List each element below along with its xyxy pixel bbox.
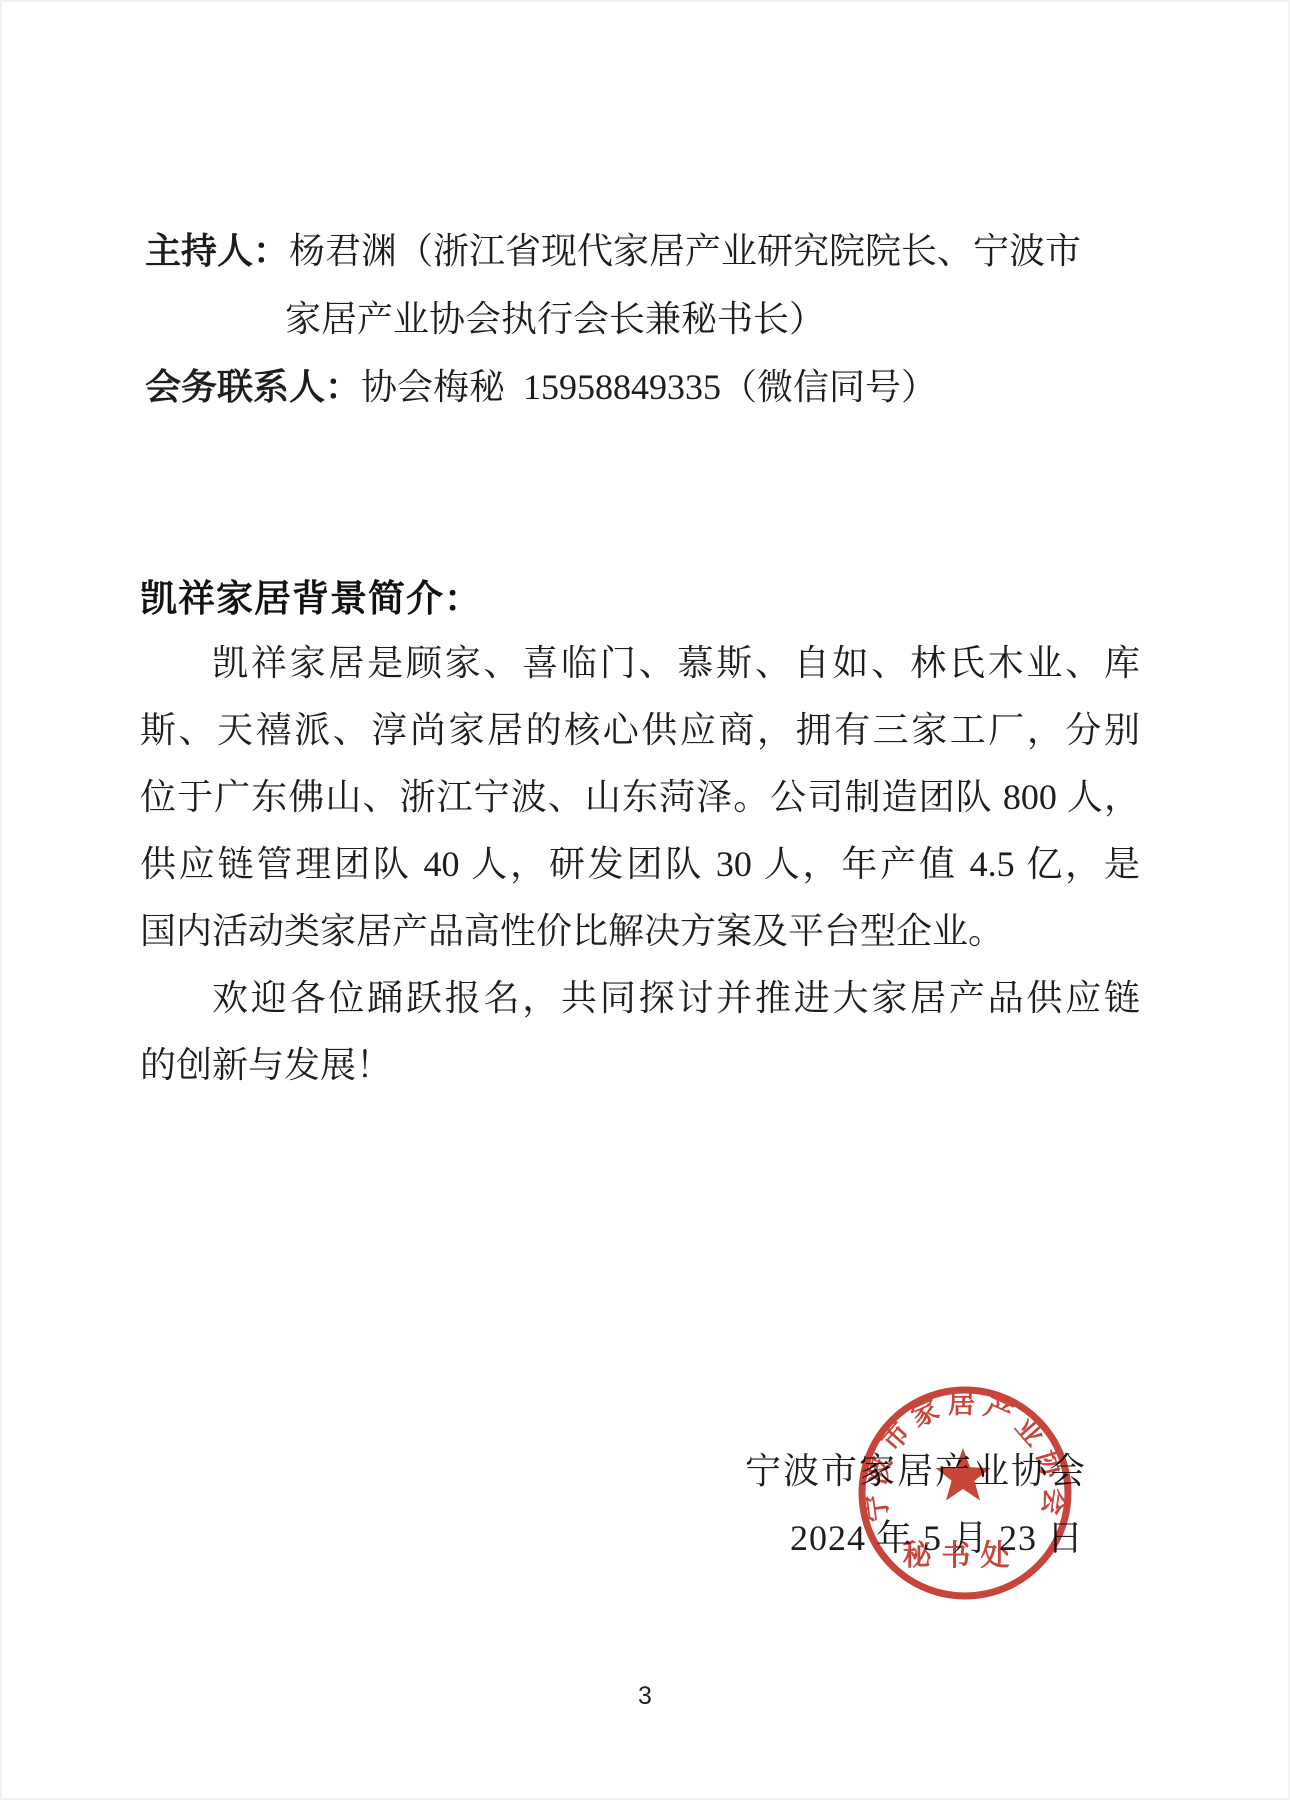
intro-para1-line3: 位于广东佛山、浙江宁波、山东菏泽。公司制造团队 800 人， (140, 777, 1140, 818)
intro-para1-line5: 国内活动类家居产品高性价比解决方案及平台型企业。 (140, 911, 1004, 952)
host-line-continued: 家居产业协会执行会长兼秘书长） (285, 299, 825, 340)
document-page: 主持人：杨君渊（浙江省现代家居产业研究院院长、宁波市 家居产业协会执行会长兼秘书… (0, 0, 1290, 1800)
contact-label: 会务联系人： (145, 367, 361, 407)
host-label: 主持人： (145, 231, 289, 271)
intro-para1-line4: 供应链管理团队 40 人，研发团队 30 人，年产值 4.5 亿，是 (140, 844, 1140, 885)
host-line1-text: 杨君渊（浙江省现代家居产业研究院院长、宁波市 (289, 231, 1081, 271)
intro-para2-line2: 的创新与发展！ (140, 1045, 392, 1086)
seal-bottom-text: 秘书处 (902, 1539, 1019, 1572)
intro-heading: 凯祥家居背景简介： (140, 568, 482, 622)
contact-line: 会务联系人：协会梅秘 15958849335（微信同号） (145, 367, 937, 408)
contact-value: 协会梅秘 15958849335（微信同号） (361, 367, 937, 407)
host-line: 主持人：杨君渊（浙江省现代家居产业研究院院长、宁波市 (145, 231, 1081, 272)
intro-para1-line1: 凯祥家居是顾家、喜临门、慕斯、自如、林氏木业、库 (212, 643, 1140, 684)
intro-para2-line1: 欢迎各位踊跃报名，共同探讨并推进大家居产品供应链 (212, 978, 1140, 1019)
intro-para1-line2: 斯、天禧派、淳尚家居的核心供应商，拥有三家工厂，分别 (140, 710, 1140, 751)
seal-star-icon (935, 1448, 990, 1501)
association-seal: 宁波市家居产业协会 秘书处 (850, 1378, 1080, 1608)
page-number: 3 (0, 1682, 1290, 1711)
